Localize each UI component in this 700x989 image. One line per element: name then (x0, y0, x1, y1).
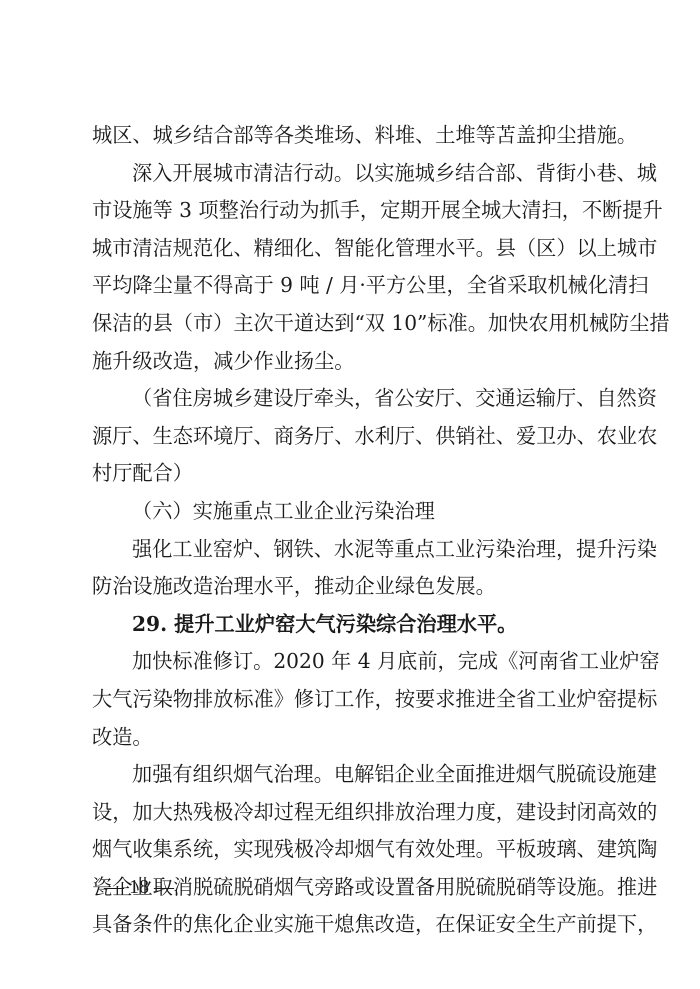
text-line: 烟气收集系统，实现残极冷却烟气有效处理。平板玻璃、建筑陶 (92, 831, 612, 869)
text-line: 平均降尘量不得高于 9 吨 / 月·平方公里，全省采取机械化清扫 (92, 267, 612, 305)
page-number: — 18 — (104, 876, 174, 899)
document-body: 城区、城乡结合部等各类堆场、料堆、土堆等苫盖抑尘措施。深入开展城市清洁行动。以实… (92, 117, 612, 944)
text-line: 城区、城乡结合部等各类堆场、料堆、土堆等苫盖抑尘措施。 (92, 117, 612, 155)
text-line: 改造。 (92, 719, 612, 757)
text-line: 村厅配合） (92, 455, 612, 493)
section-heading: 29. 提升工业炉窑大气污染综合治理水平。 (92, 606, 612, 644)
text-line: 强化工业窑炉、钢铁、水泥等重点工业污染治理，提升污染 (92, 531, 612, 569)
text-line: 源厅、生态环境厅、商务厅、水利厅、供销社、爱卫办、农业农 (92, 418, 612, 456)
text-line: 深入开展城市清洁行动。以实施城乡结合部、背街小巷、城 (92, 155, 612, 193)
text-line: 大气污染物排放标准》修订工作，按要求推进全省工业炉窑提标 (92, 681, 612, 719)
text-line: 市设施等 3 项整治行动为抓手，定期开展全城大清扫，不断提升 (92, 192, 612, 230)
text-line: 加快标准修订。2020 年 4 月底前，完成《河南省工业炉窑 (92, 643, 612, 681)
text-line: 设，加大热残极冷却过程无组织排放治理力度，建设封闭高效的 (92, 794, 612, 832)
text-line: 城市清洁规范化、精细化、智能化管理水平。县（区）以上城市 (92, 230, 612, 268)
text-line: 防治设施改造治理水平，推动企业绿色发展。 (92, 568, 612, 606)
text-line: 施升级改造，减少作业扬尘。 (92, 343, 612, 381)
text-line: 加强有组织烟气治理。电解铝企业全面推进烟气脱硫设施建 (92, 756, 612, 794)
text-line: 保洁的县（市）主次干道达到“双 10”标准。加快农用机械防尘措 (92, 305, 612, 343)
text-line: （省住房城乡建设厅牵头，省公安厅、交通运输厅、自然资 (92, 380, 612, 418)
text-line: 具备条件的焦化企业实施干熄焦改造，在保证安全生产前提下， (92, 906, 612, 944)
text-line: （六）实施重点工业企业污染治理 (92, 493, 612, 531)
